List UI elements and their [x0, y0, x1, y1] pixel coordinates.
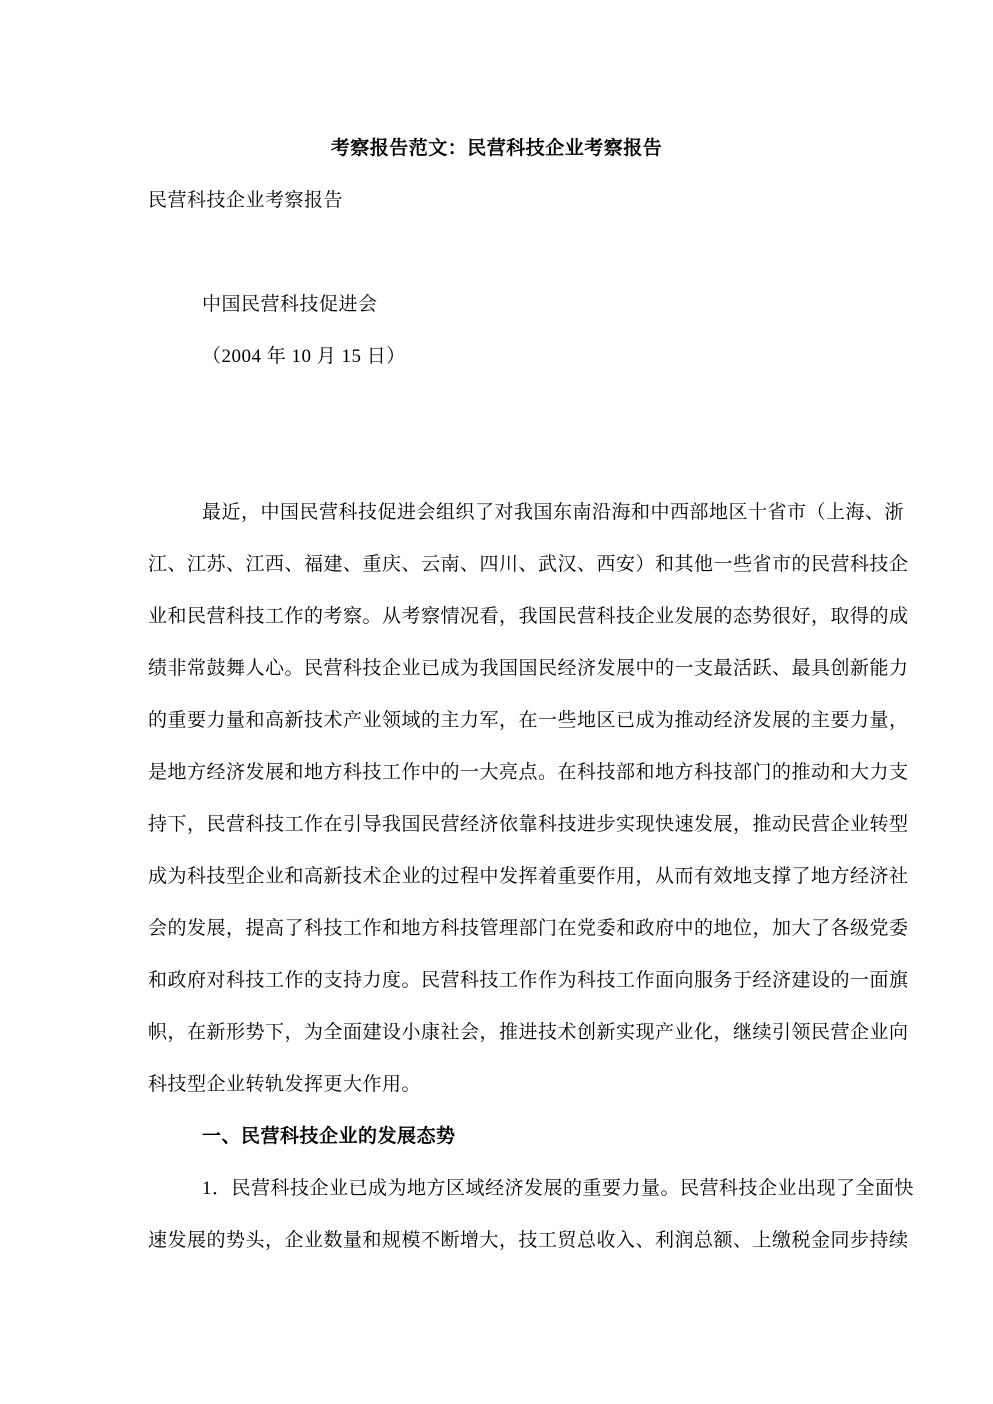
blank-line	[148, 435, 845, 487]
paragraph1-line: 持下，民营科技工作在引导我国民营经济依靠科技进步实现快速发展，推动民营企业转型	[148, 799, 845, 851]
blank-line	[148, 383, 845, 435]
paragraph1-line: 最近，中国民营科技促进会组织了对我国东南沿海和中西部地区十省市（上海、浙	[148, 487, 845, 539]
paragraph2-line: 速发展的势头，企业数量和规模不断增大，技工贸总收入、利润总额、上缴税金同步持续	[148, 1215, 845, 1267]
doc-date-line: （2004 年 10 月 15 日）	[148, 331, 845, 383]
paragraph1-line: 会的发展，提高了科技工作和地方科技管理部门在党委和政府中的地位，加大了各级党委	[148, 903, 845, 955]
blank-line	[148, 227, 845, 279]
paragraph1-line: 和政府对科技工作的支持力度。民营科技工作作为科技工作面向服务于经济建设的一面旗	[148, 955, 845, 1007]
document-page: 考察报告范文：民营科技企业考察报告 民营科技企业考察报告 中国民营科技促进会 （…	[0, 0, 993, 1404]
paragraph1-line: 的重要力量和高新技术产业领域的主力军，在一些地区已成为推动经济发展的主要力量，	[148, 695, 845, 747]
paragraph1-line: 是地方经济发展和地方科技工作中的一大亮点。在科技部和地方科技部门的推动和大力支	[148, 747, 845, 799]
doc-title: 考察报告范文：民营科技企业考察报告	[148, 123, 845, 175]
doc-subtitle: 民营科技企业考察报告	[148, 175, 845, 227]
paragraph1-line: 业和民营科技工作的考察。从考察情况看，我国民营科技企业发展的态势很好，取得的成	[148, 591, 845, 643]
paragraph1-line: 成为科技型企业和高新技术企业的过程中发挥着重要作用，从而有效地支撑了地方经济社	[148, 851, 845, 903]
section-heading: 一、民营科技企业的发展态势	[148, 1111, 845, 1163]
paragraph1-line: 帜，在新形势下，为全面建设小康社会，推进技术创新实现产业化，继续引领民营企业向	[148, 1007, 845, 1059]
paragraph1-line: 江、江苏、江西、福建、重庆、云南、四川、武汉、西安）和其他一些省市的民营科技企	[148, 539, 845, 591]
paragraph1-line: 绩非常鼓舞人心。民营科技企业已成为我国国民经济发展中的一支最活跃、最具创新能力	[148, 643, 845, 695]
paragraph1-line: 科技型企业转轨发挥更大作用。	[148, 1059, 845, 1111]
paragraph2-line: 1．民营科技企业已成为地方区域经济发展的重要力量。民营科技企业出现了全面快	[148, 1163, 845, 1215]
doc-org-line: 中国民营科技促进会	[148, 279, 845, 331]
document-content: 考察报告范文：民营科技企业考察报告 民营科技企业考察报告 中国民营科技促进会 （…	[0, 0, 993, 1267]
